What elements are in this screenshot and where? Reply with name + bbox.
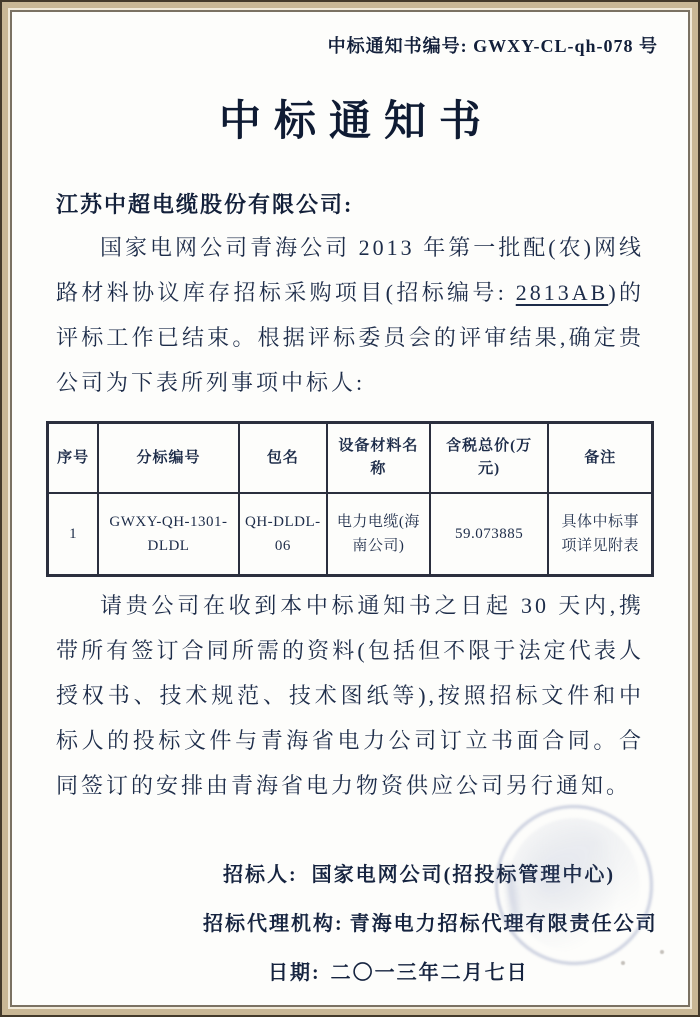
table-header-row: 序号 分标编号 包名 设备材料名称 含税总价(万元) 备注: [48, 423, 653, 494]
frame-band: 中标通知书编号: GWXY-CL-qh-078 号 中标通知书 江苏中超电缆股份…: [2, 2, 698, 1015]
header-package: 包名: [239, 423, 327, 494]
header-material: 设备材料名称: [327, 423, 430, 494]
header-lot-number: 分标编号: [98, 423, 238, 494]
addressee-line: 江苏中超电缆股份有限公司:: [56, 188, 644, 219]
header-seq: 序号: [48, 423, 99, 494]
tenderer-label: 招标人:: [223, 864, 298, 886]
document-ref-number: 中标通知书编号: GWXY-CL-qh-078 号: [12, 32, 688, 58]
paragraph-instructions: 请贵公司在收到本中标通知书之日起 30 天内,携带所有签订合同所需的资料(包括但…: [56, 583, 644, 808]
award-table: 序号 分标编号 包名 设备材料名称 含税总价(万元) 备注 1 GWXY-QH-…: [46, 421, 654, 577]
paragraph-intro: 国家电网公司青海公司 2013 年第一批配(农)网线路材料协议库存招标采购项目(…: [56, 225, 644, 405]
cell-material: 电力电缆(海南公司): [327, 493, 430, 576]
cell-remark: 具体中标事项详见附表: [548, 493, 652, 576]
scanned-page-frame: 中标通知书编号: GWXY-CL-qh-078 号 中标通知书 江苏中超电缆股份…: [0, 0, 700, 1017]
agency-label: 招标代理机构:: [203, 913, 344, 935]
date-label: 日期:: [268, 962, 321, 984]
footer-date: 日期:二〇一三年二月七日: [268, 958, 688, 988]
header-price: 含税总价(万元): [430, 423, 549, 494]
bid-number-underlined: 2813AB: [516, 280, 609, 305]
page-title: 中标通知书: [12, 88, 688, 148]
table-row: 1 GWXY-QH-1301-DLDL QH-DLDL-06 电力电缆(海南公司…: [48, 493, 653, 576]
scan-speck: [621, 961, 625, 965]
frame-light-line: 中标通知书编号: GWXY-CL-qh-078 号 中标通知书 江苏中超电缆股份…: [8, 8, 692, 1009]
cell-package: QH-DLDL-06: [239, 493, 327, 576]
scan-speck: [660, 950, 664, 954]
cell-lot-number: GWXY-QH-1301-DLDL: [98, 493, 238, 576]
document-page: 中标通知书编号: GWXY-CL-qh-078 号 中标通知书 江苏中超电缆股份…: [10, 10, 690, 1007]
header-remark: 备注: [548, 423, 652, 494]
cell-seq: 1: [48, 493, 99, 576]
cell-price: 59.073885: [430, 493, 549, 576]
date-value: 二〇一三年二月七日: [331, 962, 529, 984]
